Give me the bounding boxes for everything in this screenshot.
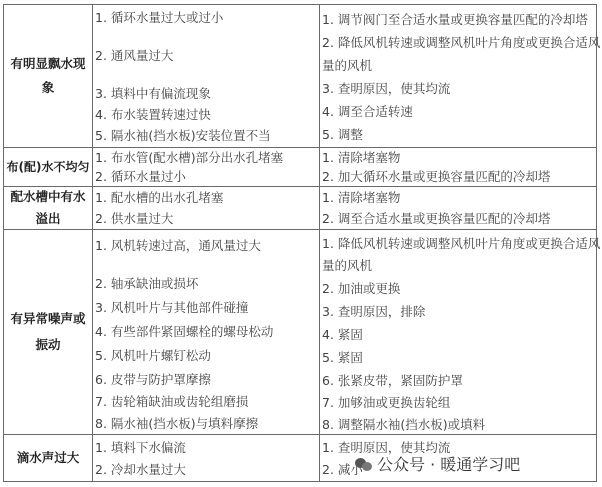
cause-cell: 1. 填料下水偏流 2. 冷却水量过大 bbox=[93, 435, 320, 481]
remedy-cell: 1. 清除堵塞物 2. 调至合适水量或更换容量匹配的冷却塔 bbox=[320, 187, 596, 229]
symptom-text: 有异常噪声或振动 bbox=[5, 306, 91, 358]
symptom-text: 布(配)水不均匀 bbox=[7, 155, 90, 179]
remedy-cell: 1. 降低风机转速或调整风机叶片角度或更换合适风 量的风机 2. 加油或更换 3… bbox=[320, 230, 596, 434]
cause-line: 2. 供水量过大 bbox=[95, 211, 173, 227]
symptom-cell: 配水槽中有水溢出 bbox=[4, 187, 93, 229]
cause-line: 1. 风机转速过高，通风量过大 bbox=[95, 238, 261, 254]
remedy-line: 2. 加油或更换 bbox=[322, 281, 400, 297]
remedy-line: 量的风机 bbox=[322, 58, 372, 74]
cause-line: 2. 冷却水量过大 bbox=[95, 462, 186, 478]
remedy-line: 8. 调整隔水袖(挡水板)或填料 bbox=[322, 417, 485, 433]
troubleshooting-table: 有明显飘水现象 1. 循环水量过大或过小 2. 通风量过大 3. 填料中有偏流现… bbox=[3, 4, 597, 482]
cause-line: 7. 齿轮箱缺油或齿轮组磨损 bbox=[95, 394, 248, 410]
remedy-line: 5. 调整 bbox=[322, 127, 363, 143]
cause-line: 4. 布水装置转速过快 bbox=[95, 107, 211, 123]
symptom-cell: 布(配)水不均匀 bbox=[4, 148, 93, 186]
remedy-line: 1. 降低风机转速或调整风机叶片角度或更换合适风 bbox=[322, 236, 600, 252]
remedy-line: 2. 调至合适水量或更换容量匹配的冷却塔 bbox=[322, 211, 550, 227]
table-row: 有明显飘水现象 1. 循环水量过大或过小 2. 通风量过大 3. 填料中有偏流现… bbox=[4, 5, 596, 148]
remedy-line: 2. 降低风机转速或调整风机叶片角度或更换合适风 bbox=[322, 35, 600, 51]
table-row: 布(配)水不均匀 1. 布水管(配水槽)部分出水孔堵塞 2. 循环水量过小 1.… bbox=[4, 148, 596, 187]
remedy-line: 4. 紧固 bbox=[322, 327, 363, 343]
remedy-line: 2. 加大循环水量或更换容量匹配的冷却塔 bbox=[322, 169, 550, 185]
cause-line: 8. 隔水袖(挡水板)与填料摩擦 bbox=[95, 416, 258, 432]
remedy-cell: 1. 调节阀门至合适水量或更换容量匹配的冷却塔 2. 降低风机转速或调整风机叶片… bbox=[320, 5, 596, 147]
cause-line: 2. 通风量过大 bbox=[95, 48, 173, 64]
cause-line: 5. 风机叶片螺钉松动 bbox=[95, 348, 211, 364]
table-row: 有异常噪声或振动 1. 风机转速过高，通风量过大 2. 轴承缺油或损坏 3. 风… bbox=[4, 230, 596, 435]
remedy-line: 1. 清除堵塞物 bbox=[322, 150, 400, 166]
remedy-line: 1. 调节阀门至合适水量或更换容量匹配的冷却塔 bbox=[322, 12, 588, 28]
cause-line: 5. 隔水袖(挡水板)安装位置不当 bbox=[95, 128, 271, 144]
remedy-line: 1. 清除堵塞物 bbox=[322, 190, 400, 206]
remedy-line: 量的风机 bbox=[322, 258, 372, 274]
cause-line: 2. 轴承缺油或损坏 bbox=[95, 276, 198, 292]
cause-line: 1. 布水管(配水槽)部分出水孔堵塞 bbox=[95, 150, 283, 166]
remedy-line: 3. 查明原因，使其均流 bbox=[322, 81, 450, 97]
wechat-icon bbox=[355, 457, 373, 471]
symptom-cell: 有异常噪声或振动 bbox=[4, 230, 93, 434]
cause-line: 1. 循环水量过大或过小 bbox=[95, 10, 223, 26]
cause-line: 3. 填料中有偏流现象 bbox=[95, 86, 211, 102]
cause-cell: 1. 布水管(配水槽)部分出水孔堵塞 2. 循环水量过小 bbox=[93, 148, 320, 186]
symptom-text: 配水槽中有水溢出 bbox=[5, 186, 91, 230]
symptom-text: 有明显飘水现象 bbox=[5, 52, 91, 100]
watermark: 公众号 · 暖通学习吧 bbox=[355, 452, 520, 475]
cause-line: 1. 填料下水偏流 bbox=[95, 440, 186, 456]
cause-line: 4. 有些部件紧固螺栓的螺母松动 bbox=[95, 324, 273, 340]
remedy-line: 6. 张紧皮带，紧固防护罩 bbox=[322, 373, 463, 389]
cause-cell: 1. 风机转速过高，通风量过大 2. 轴承缺油或损坏 3. 风机叶片与其他部件碰… bbox=[93, 230, 320, 434]
cause-line: 2. 循环水量过小 bbox=[95, 169, 186, 185]
remedy-line: 3. 查明原因，排除 bbox=[322, 304, 425, 320]
symptom-cell: 有明显飘水现象 bbox=[4, 5, 93, 147]
cause-line: 3. 风机叶片与其他部件碰撞 bbox=[95, 300, 248, 316]
remedy-cell: 1. 清除堵塞物 2. 加大循环水量或更换容量匹配的冷却塔 bbox=[320, 148, 596, 186]
cause-cell: 1. 循环水量过大或过小 2. 通风量过大 3. 填料中有偏流现象 4. 布水装… bbox=[93, 5, 320, 147]
symptom-cell: 滴水声过大 bbox=[4, 435, 93, 481]
symptom-text: 滴水声过大 bbox=[17, 446, 80, 470]
cause-cell: 1. 配水槽的出水孔堵塞 2. 供水量过大 bbox=[93, 187, 320, 229]
remedy-line: 7. 加够油或更换齿轮组 bbox=[322, 395, 450, 411]
table-row: 配水槽中有水溢出 1. 配水槽的出水孔堵塞 2. 供水量过大 1. 清除堵塞物 … bbox=[4, 187, 596, 230]
remedy-line: 4. 调至合适转速 bbox=[322, 104, 413, 120]
cause-line: 6. 皮带与防护罩摩擦 bbox=[95, 372, 211, 388]
remedy-line: 5. 紧固 bbox=[322, 350, 363, 366]
watermark-text: 公众号 · 暖通学习吧 bbox=[377, 452, 520, 475]
cause-line: 1. 配水槽的出水孔堵塞 bbox=[95, 190, 223, 206]
